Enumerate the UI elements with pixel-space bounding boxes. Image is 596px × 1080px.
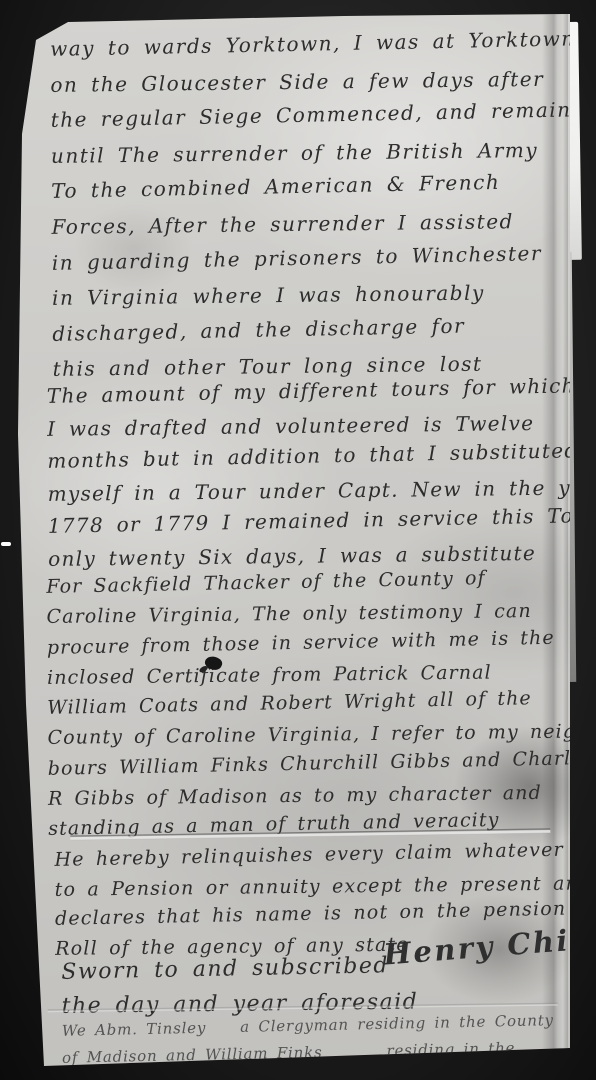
witness-name: We Abm. Tinsley	[62, 1019, 207, 1040]
attestation-line: Sworn to and subscribed	[61, 949, 418, 990]
deposition-text-block-3: For Sackfield Thacker of the County ofCa…	[46, 568, 595, 845]
witness-name: of Madison and William Finks	[62, 1043, 323, 1067]
manuscript-page: 8 way to wards Yorktown, I was at Yorkto…	[14, 14, 570, 1066]
deposition-text-block-2: The amount of my different tours for whi…	[47, 376, 596, 576]
manuscript-content: 8 way to wards Yorktown, I was at Yorkto…	[10, 12, 574, 1068]
scanned-document-background: { "document": { "type": "handwritten-man…	[0, 0, 596, 1080]
witness-description: a Clergyman residing in the County	[240, 1011, 554, 1036]
page-number: 8	[22, 24, 34, 46]
scan-artifact-speck	[1, 542, 11, 546]
manuscript-line: way to wards Yorktown, I was at Yorktown	[50, 21, 596, 68]
witness-description: residing in the	[386, 1039, 515, 1060]
deposition-text-block-1: way to wards Yorktown, I was at Yorktown…	[50, 28, 596, 388]
witness-note-block: We Abm. Tinsleya Clergyman residing in t…	[62, 1014, 555, 1072]
